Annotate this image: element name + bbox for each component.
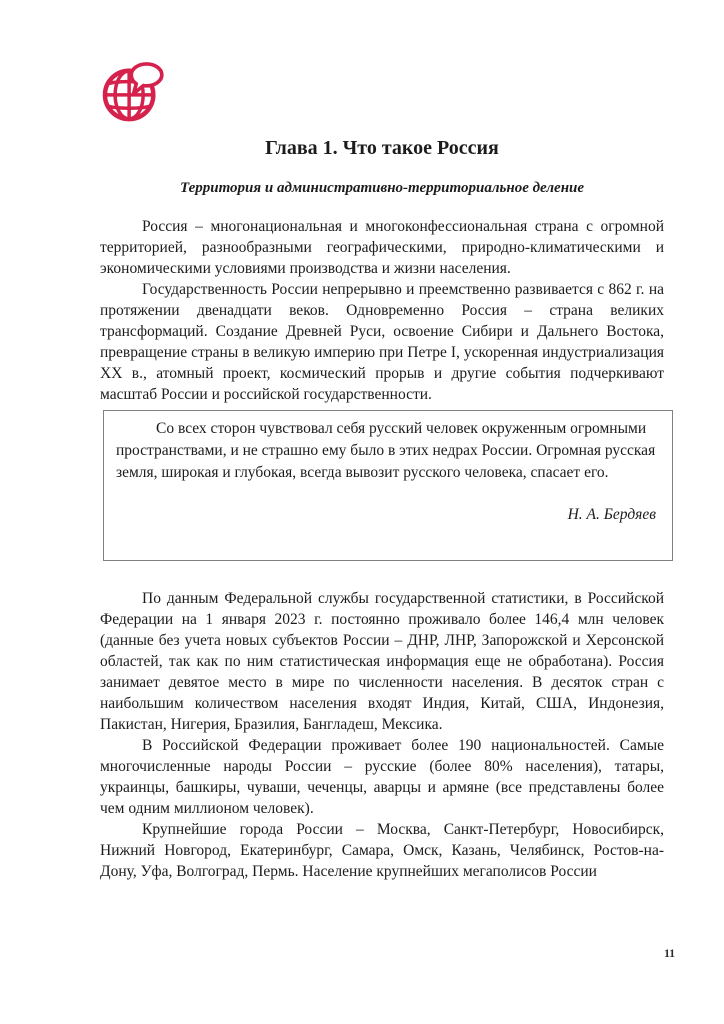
- quote-box: Со всех сторон чувствовал себя русский ч…: [103, 410, 673, 561]
- document-page: Глава 1. Что такое Россия Территория и а…: [0, 0, 724, 1024]
- paragraph-statehood: Государственность России непрерывно и пр…: [100, 279, 664, 405]
- quote-attribution: Н. А. Бердяев: [116, 506, 656, 524]
- paragraph-intro: Россия – многонациональная и многоконфес…: [100, 216, 664, 279]
- chapter-title: Глава 1. Что такое Россия: [100, 135, 664, 161]
- paragraph-cities: Крупнейшие города России – Москва, Санкт…: [100, 819, 664, 882]
- publisher-logo: [102, 62, 164, 122]
- paragraph-nationalities: В Российской Федерации проживает более 1…: [100, 735, 664, 819]
- paragraph-population: По данным Федеральной службы государстве…: [100, 588, 664, 735]
- quote-text: Со всех сторон чувствовал себя русский ч…: [116, 418, 662, 484]
- page-number: 11: [664, 948, 675, 960]
- globe-speech-bubble-icon: [102, 62, 164, 122]
- section-subtitle: Территория и административно-территориал…: [100, 178, 664, 198]
